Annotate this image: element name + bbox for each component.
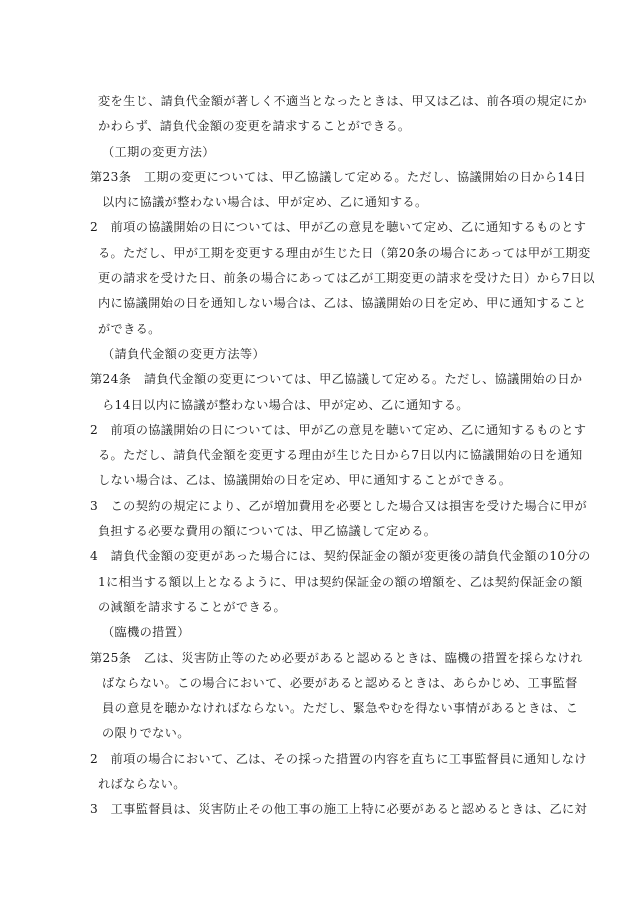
text-line: ができる。 (90, 317, 550, 342)
text-line: 4 請負代金額の変更があった場合には、契約保証金の額が変更後の請負代金額の10分… (90, 544, 550, 569)
text-line: ればならない。 (90, 772, 550, 797)
text-line: 第23条 工期の変更については、甲乙協議して定める。ただし、協議開始の日から14… (90, 165, 550, 190)
text-line: 3 工事監督員は、災害防止その他工事の施工上特に必要があると認めるときは、乙に対 (90, 797, 550, 822)
section-heading: （臨機の措置） (90, 620, 550, 645)
text-line: 1に相当する額以上となるように、甲は契約保証金の額の増額を、乙は契約保証金の額 (90, 570, 550, 595)
text-line: 第24条 請負代金額の変更については、甲乙協議して定める。ただし、協議開始の日か (90, 367, 550, 392)
text-line: 更の請求を受けた日、前条の場合にあっては乙が工期変更の請求を受けた日）から7日以 (90, 266, 550, 291)
text-line: る。ただし、甲が工期を変更する理由が生じた日（第20条の場合にあっては甲が工期変 (90, 241, 550, 266)
section-heading: （請負代金額の変更方法等） (90, 342, 550, 367)
text-line: 2 前項の場合において、乙は、その採った措置の内容を直ちに工事監督員に通知しなけ (90, 747, 550, 772)
document-body: 変を生じ、請負代金額が著しく不適当となったときは、甲又は乙は、前各項の規定にかか… (90, 89, 550, 823)
text-line: かわらず、請負代金額の変更を請求することができる。 (90, 114, 550, 139)
text-line: 負担する必要な費用の額については、甲乙協議して定める。 (90, 519, 550, 544)
text-line: の限りでない。 (90, 721, 550, 746)
text-line: 第25条 乙は、災害防止等のため必要があると認めるときは、臨機の措置を採らなけれ (90, 646, 550, 671)
text-line: しない場合は、乙は、協議開始の日を定め、甲に通知することができる。 (90, 468, 550, 493)
text-line: 3 この契約の規定により、乙が増加費用を必要とした場合又は損害を受けた場合に甲が (90, 494, 550, 519)
text-line: 変を生じ、請負代金額が著しく不適当となったときは、甲又は乙は、前各項の規定にか (90, 89, 550, 114)
text-line: 員の意見を聴かなければならない。ただし、緊急やむを得ない事情があるときは、こ (90, 696, 550, 721)
text-line: 内に協議開始の日を通知しない場合は、乙は、協議開始の日を定め、甲に通知すること (90, 291, 550, 316)
text-line: ばならない。この場合において、必要があると認めるときは、あらかじめ、工事監督 (90, 671, 550, 696)
text-line: る。ただし、請負代金額を変更する理由が生じた日から7日以内に協議開始の日を通知 (90, 443, 550, 468)
text-line: の減額を請求することができる。 (90, 595, 550, 620)
text-line: 2 前項の協議開始の日については、甲が乙の意見を聴いて定め、乙に通知するものとす (90, 418, 550, 443)
text-line: 以内に協議が整わない場合は、甲が定め、乙に通知する。 (90, 190, 550, 215)
text-line: ら14日以内に協議が整わない場合は、甲が定め、乙に通知する。 (90, 393, 550, 418)
section-heading: （工期の変更方法） (90, 140, 550, 165)
document-page: 変を生じ、請負代金額が著しく不適当となったときは、甲又は乙は、前各項の規定にかか… (0, 0, 630, 903)
text-line: 2 前項の協議開始の日については、甲が乙の意見を聴いて定め、乙に通知するものとす (90, 215, 550, 240)
